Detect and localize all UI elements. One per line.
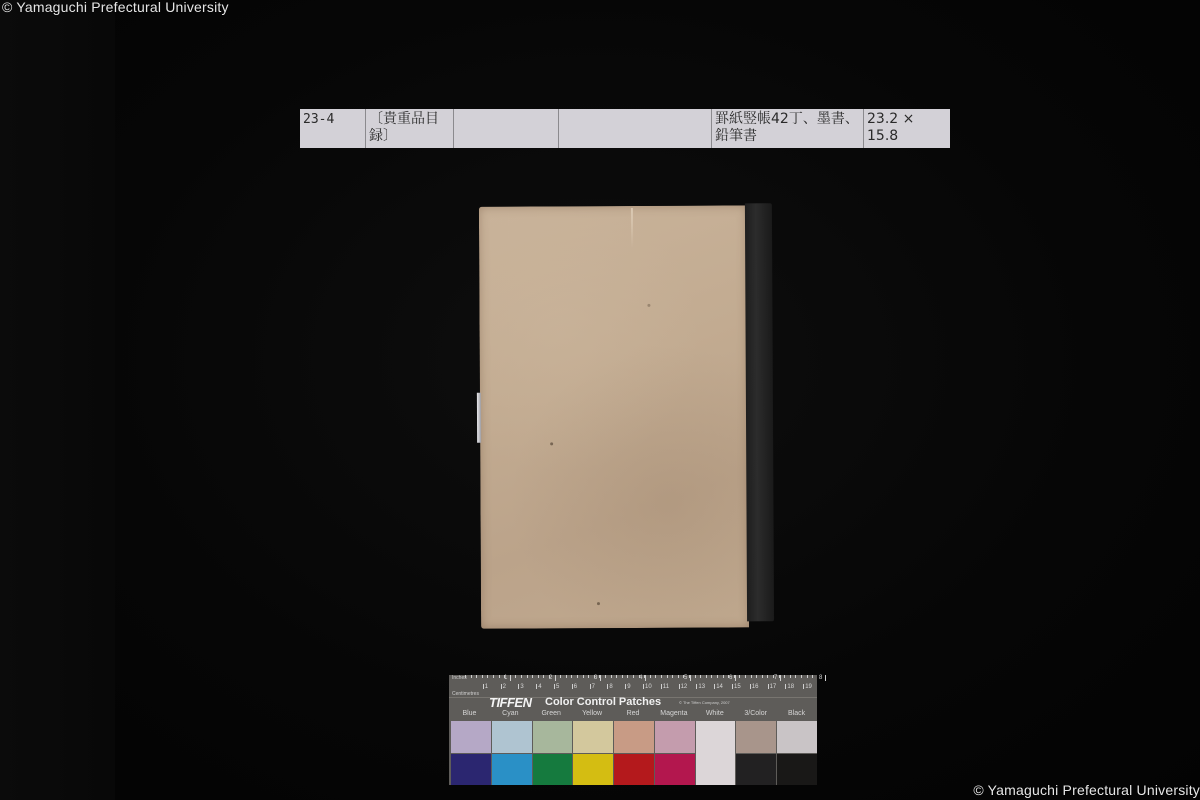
watermark-top: © Yamaguchi Prefectural University: [2, 0, 229, 15]
ruler-cm-number: 19: [805, 684, 812, 690]
patch-yellow-dark: [573, 754, 613, 786]
patch-label-red: Red: [613, 710, 654, 720]
ruler-minor-tick: [543, 675, 544, 678]
ruler-cm-number: 14: [716, 684, 723, 690]
ruler-minor-tick: [499, 675, 500, 678]
ruler-cm-number: 4: [538, 684, 541, 690]
ruler-inch-number: 6: [729, 675, 732, 681]
patch-label-yellow: Yellow: [572, 710, 613, 720]
ruler-inch-number: 8: [819, 675, 822, 681]
ruler-minor-tick: [689, 675, 690, 678]
ruler-minor-tick: [476, 675, 477, 678]
ruler-minor-tick: [577, 675, 578, 678]
patch-yellow-light: [573, 721, 613, 753]
ruler-cm-number: 6: [574, 684, 577, 690]
ruler-minor-tick: [465, 675, 466, 678]
ruler-cm-number: 10: [645, 684, 652, 690]
patch-label-magenta: Magenta: [653, 710, 694, 720]
ruler-minor-tick: [588, 675, 589, 678]
patch-red-light: [614, 721, 654, 753]
patch-label-green: Green: [531, 710, 572, 720]
ruler-cm-number: 5: [556, 684, 559, 690]
chart-copyright: © The Tiffen Company, 2007: [679, 700, 730, 705]
ruler-minor-tick: [756, 675, 757, 678]
ruler-minor-tick: [616, 675, 617, 678]
ruler-minor-tick: [807, 675, 808, 678]
ruler-minor-tick: [779, 675, 780, 678]
ruler-minor-tick: [639, 675, 640, 678]
ruler-inch-number: 7: [774, 675, 777, 681]
label-blank-2: [559, 109, 712, 148]
ruler-cm-number: 3: [520, 684, 523, 690]
ruler-minor-tick: [611, 675, 612, 678]
patch-3-color-dark: [736, 754, 776, 786]
ruler-cm-number: 9: [627, 684, 630, 690]
ruler-cm-tick: [750, 684, 751, 689]
ruler-minor-tick: [560, 675, 561, 678]
ruler-minor-tick: [605, 675, 606, 678]
label-description: 罫紙竪帳42丁、墨書、鉛筆書: [712, 109, 864, 148]
ruler-cm-number: 15: [734, 684, 741, 690]
ruler-minor-tick: [678, 675, 679, 678]
ruler-minor-tick: [549, 675, 550, 678]
ruler-minor-tick: [773, 675, 774, 678]
ruler-cm-tick: [679, 684, 680, 689]
ruler-minor-tick: [795, 675, 796, 678]
ruler-minor-tick: [812, 675, 813, 678]
ruler-inch-number: 5: [684, 675, 687, 681]
ruler-minor-tick: [711, 675, 712, 678]
book-cover: [479, 205, 749, 628]
patch-green-dark: [533, 754, 573, 786]
ruler-inch-tick: [690, 675, 691, 681]
ruler-minor-tick: [734, 675, 735, 678]
ruler-minor-tick: [784, 675, 785, 678]
patch-blue-dark: [451, 754, 491, 786]
ruler-minor-tick: [622, 675, 623, 678]
ruler-minor-tick: [661, 675, 662, 678]
patch-label-cyan: Cyan: [490, 710, 531, 720]
ruler-minor-tick: [683, 675, 684, 678]
patch-3-color-light: [736, 721, 776, 753]
label-blank-1: [454, 109, 559, 148]
ruler-minor-tick: [633, 675, 634, 678]
ruler-minor-tick: [599, 675, 600, 678]
patch-cyan-light: [492, 721, 532, 753]
patch-black-dark: [777, 754, 817, 786]
watermark-bottom: © Yamaguchi Prefectural University: [973, 782, 1200, 798]
ruler-minor-tick: [739, 675, 740, 678]
patch-blue-light: [451, 721, 491, 753]
ruler-minor-tick: [700, 675, 701, 678]
cover-crease: [631, 208, 633, 248]
ruler-minor-tick: [751, 675, 752, 678]
ruler-minor-tick: [767, 675, 768, 678]
ruler-minor-tick: [538, 675, 539, 678]
ruler-cm-tick: [803, 684, 804, 689]
page-edge: [477, 393, 481, 443]
ruler-cm-tick: [696, 684, 697, 689]
book-spine: [745, 203, 774, 621]
ruler-minor-tick: [745, 675, 746, 678]
patch-red-dark: [614, 754, 654, 786]
patch-magenta-dark: [655, 754, 695, 786]
patch-cyan-dark: [492, 754, 532, 786]
tiffen-logo: TIFFEN: [489, 695, 532, 710]
patch-label-3color: 3/Color: [735, 710, 776, 720]
patch-label-black: Black: [776, 710, 817, 720]
label-dimensions: 23.2 × 15.8: [864, 109, 950, 148]
ruler-cm-tick: [714, 684, 715, 689]
ruler-minor-tick: [515, 675, 516, 678]
patch-green-light: [533, 721, 573, 753]
ruler-cm-number: 13: [698, 684, 705, 690]
cover-speck: [597, 602, 600, 605]
ruler-cm-tick: [768, 684, 769, 689]
ruler-cm-tick: [785, 684, 786, 689]
ruler-cm-tick: [590, 684, 591, 689]
ruler-minor-tick: [482, 675, 483, 678]
color-control-chart: Inches Centimetres 123456781234567891011…: [449, 675, 817, 785]
ruler-cm-tick: [572, 684, 573, 689]
patch-labels: Blue Cyan Green Yellow Red Magenta White…: [449, 710, 817, 720]
ruler-minor-tick: [717, 675, 718, 678]
catalog-label-strip: 23-4 〔貴重品目録〕 罫紙竪帳42丁、墨書、鉛筆書 23.2 × 15.8: [300, 109, 950, 148]
ruler-minor-tick: [672, 675, 673, 678]
color-patches: [451, 721, 817, 785]
ruler-inch-tick: [780, 675, 781, 681]
ruler-cm-label: Centimetres: [452, 691, 479, 697]
ruler-cm-number: 11: [663, 684, 669, 690]
patch-white-light: [696, 721, 736, 785]
ruler-minor-tick: [723, 675, 724, 678]
patch-label-blue: Blue: [449, 710, 490, 720]
ruler-cm-tick: [625, 684, 626, 689]
label-title: 〔貴重品目録〕: [366, 109, 454, 148]
ruler-cm-tick: [554, 684, 555, 689]
ruler-cm-number: 16: [752, 684, 759, 690]
chart-title: Color Control Patches: [545, 696, 661, 708]
patch-magenta-light: [655, 721, 695, 753]
ruler-minor-tick: [583, 675, 584, 678]
ruler-minor-tick: [487, 675, 488, 678]
ruler-minor-tick: [566, 675, 567, 678]
book: [479, 203, 774, 629]
cover-speck: [647, 304, 650, 307]
ruler-minor-tick: [728, 675, 729, 678]
ruler-minor-tick: [650, 675, 651, 678]
ruler-minor-tick: [655, 675, 656, 678]
ruler-inch-tick: [825, 675, 826, 681]
ruler-minor-tick: [571, 675, 572, 678]
ruler-cm-tick: [501, 684, 502, 689]
ruler-minor-tick: [555, 675, 556, 678]
ruler-cm-number: 17: [770, 684, 777, 690]
ruler-cm-number: 8: [609, 684, 612, 690]
ruler-minor-tick: [504, 675, 505, 678]
ruler-minor-tick: [493, 675, 494, 678]
ruler-cm-number: 1: [485, 684, 488, 690]
ruler-minor-tick: [667, 675, 668, 678]
ruler-minor-tick: [471, 675, 472, 678]
ruler-cm-number: 2: [503, 684, 506, 690]
ruler-minor-tick: [790, 675, 791, 678]
ruler-cm-number: 7: [592, 684, 595, 690]
ruler-cm-tick: [483, 684, 484, 689]
ruler-cm-tick: [661, 684, 662, 689]
ruler-minor-tick: [801, 675, 802, 678]
ruler-cm-tick: [607, 684, 608, 689]
patch-label-white: White: [694, 710, 735, 720]
ruler-minor-tick: [532, 675, 533, 678]
ruler-cm-tick: [732, 684, 733, 689]
ruler-cm-tick: [536, 684, 537, 689]
ruler-minor-tick: [627, 675, 628, 678]
background-left-panel: [0, 0, 115, 800]
ruler-minor-tick: [706, 675, 707, 678]
label-number: 23-4: [300, 109, 366, 148]
ruler-cm-number: 18: [787, 684, 794, 690]
ruler-cm-tick: [643, 684, 644, 689]
ruler-cm-tick: [518, 684, 519, 689]
ruler-minor-tick: [527, 675, 528, 678]
patch-black-light: [777, 721, 817, 753]
ruler-minor-tick: [594, 675, 595, 678]
ruler-minor-tick: [510, 675, 511, 678]
ruler-inch-tick: [735, 675, 736, 681]
ruler-minor-tick: [644, 675, 645, 678]
cover-speck: [550, 442, 553, 445]
ruler-minor-tick: [521, 675, 522, 678]
ruler-minor-tick: [695, 675, 696, 678]
ruler-cm-number: 12: [681, 684, 688, 690]
ruler-minor-tick: [762, 675, 763, 678]
